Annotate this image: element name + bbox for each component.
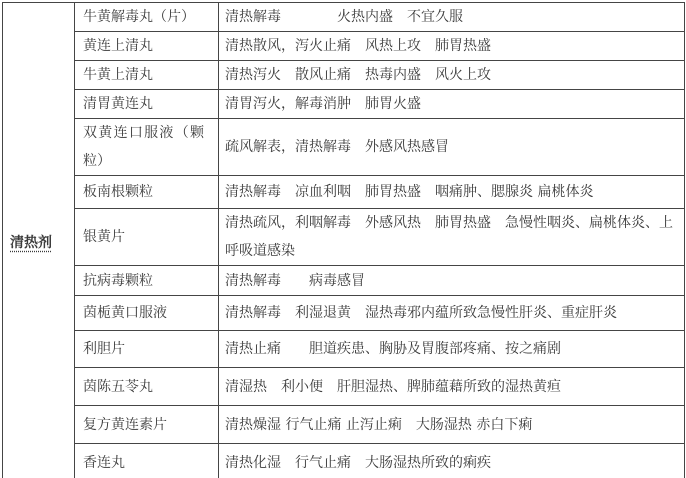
table-row: 茵陈五苓丸清湿热 利小便 肝胆湿热、脾肺蕴藉所致的湿热黄疸 bbox=[3, 368, 685, 406]
medicine-name-cell: 双黄连口服液（颗粒） bbox=[75, 119, 219, 176]
medicine-name-cell: 抗病毒颗粒 bbox=[75, 266, 219, 296]
table-row: 香连丸清热化湿 行气止痛 大肠湿热所致的痢疾 bbox=[3, 444, 685, 478]
table-row: 茵栀黄口服液清热解毒 利湿退黄 湿热毒邪内蕴所致急慢性肝炎、重症肝炎 bbox=[3, 296, 685, 331]
medicine-description-cell: 清热解毒 火热内盛 不宜久服 bbox=[219, 3, 685, 32]
medicine-description-cell: 清热解毒 凉血利咽 肺胃热盛 咽痛肿、腮腺炎 扁桃体炎 bbox=[219, 176, 685, 209]
table-row: 抗病毒颗粒清热解毒 病毒感冒 bbox=[3, 266, 685, 296]
medicine-description-cell: 清湿热 利小便 肝胆湿热、脾肺蕴藉所致的湿热黄疸 bbox=[219, 368, 685, 406]
medicine-name-cell: 黄连上清丸 bbox=[75, 32, 219, 61]
medicine-description-cell: 清胃泻火，解毒消肿 肺胃火盛 bbox=[219, 90, 685, 119]
medicine-name-cell: 板南根颗粒 bbox=[75, 176, 219, 209]
medicine-name-cell: 清胃黄连丸 bbox=[75, 90, 219, 119]
medicine-description-cell: 清热疏风，利咽解毒 外感风热 肺胃热盛 急慢性咽炎、扁桃体炎、上呼吸道感染 bbox=[219, 209, 685, 266]
medicine-table: 清热剂牛黄解毒丸（片）清热解毒 火热内盛 不宜久服黄连上清丸清热散风，泻火止痛 … bbox=[2, 2, 685, 478]
table-row: 复方黄连素片清热燥湿 行气止痛 止泻止痢 大肠湿热 赤白下痢 bbox=[3, 406, 685, 444]
table-row: 黄连上清丸清热散风，泻火止痛 风热上攻 肺胃热盛 bbox=[3, 32, 685, 61]
table-row: 牛黄上清丸清热泻火 散风止痛 热毒内盛 风火上攻 bbox=[3, 61, 685, 90]
medicine-description-cell: 清热散风，泻火止痛 风热上攻 肺胃热盛 bbox=[219, 32, 685, 61]
medicine-description-cell: 清热燥湿 行气止痛 止泻止痢 大肠湿热 赤白下痢 bbox=[219, 406, 685, 444]
table-row: 银黄片清热疏风，利咽解毒 外感风热 肺胃热盛 急慢性咽炎、扁桃体炎、上呼吸道感染 bbox=[3, 209, 685, 266]
medicine-name-cell: 香连丸 bbox=[75, 444, 219, 478]
medicine-name-cell: 茵陈五苓丸 bbox=[75, 368, 219, 406]
category-label: 清热剂 bbox=[10, 235, 52, 251]
medicine-description-cell: 清热泻火 散风止痛 热毒内盛 风火上攻 bbox=[219, 61, 685, 90]
medicine-description-cell: 清热解毒 病毒感冒 bbox=[219, 266, 685, 296]
medicine-table-body: 清热剂牛黄解毒丸（片）清热解毒 火热内盛 不宜久服黄连上清丸清热散风，泻火止痛 … bbox=[3, 3, 685, 478]
medicine-description-cell: 清热化湿 行气止痛 大肠湿热所致的痢疾 bbox=[219, 444, 685, 478]
medicine-name-cell: 银黄片 bbox=[75, 209, 219, 266]
medicine-description-cell: 清热止痛 胆道疾患、胸胁及胃腹部疼痛、按之痛剧 bbox=[219, 331, 685, 368]
medicine-name-cell: 茵栀黄口服液 bbox=[75, 296, 219, 331]
medicine-description-cell: 疏风解表，清热解毒 外感风热感冒 bbox=[219, 119, 685, 176]
document-page: 清热剂牛黄解毒丸（片）清热解毒 火热内盛 不宜久服黄连上清丸清热散风，泻火止痛 … bbox=[0, 0, 686, 478]
medicine-name-cell: 牛黄上清丸 bbox=[75, 61, 219, 90]
medicine-description-cell: 清热解毒 利湿退黄 湿热毒邪内蕴所致急慢性肝炎、重症肝炎 bbox=[219, 296, 685, 331]
table-row: 清热剂牛黄解毒丸（片）清热解毒 火热内盛 不宜久服 bbox=[3, 3, 685, 32]
medicine-name-cell: 复方黄连素片 bbox=[75, 406, 219, 444]
table-row: 双黄连口服液（颗粒）疏风解表，清热解毒 外感风热感冒 bbox=[3, 119, 685, 176]
table-row: 板南根颗粒清热解毒 凉血利咽 肺胃热盛 咽痛肿、腮腺炎 扁桃体炎 bbox=[3, 176, 685, 209]
category-cell: 清热剂 bbox=[3, 3, 75, 478]
medicine-name-cell: 利胆片 bbox=[75, 331, 219, 368]
table-row: 利胆片清热止痛 胆道疾患、胸胁及胃腹部疼痛、按之痛剧 bbox=[3, 331, 685, 368]
table-row: 清胃黄连丸清胃泻火，解毒消肿 肺胃火盛 bbox=[3, 90, 685, 119]
medicine-name-cell: 牛黄解毒丸（片） bbox=[75, 3, 219, 32]
